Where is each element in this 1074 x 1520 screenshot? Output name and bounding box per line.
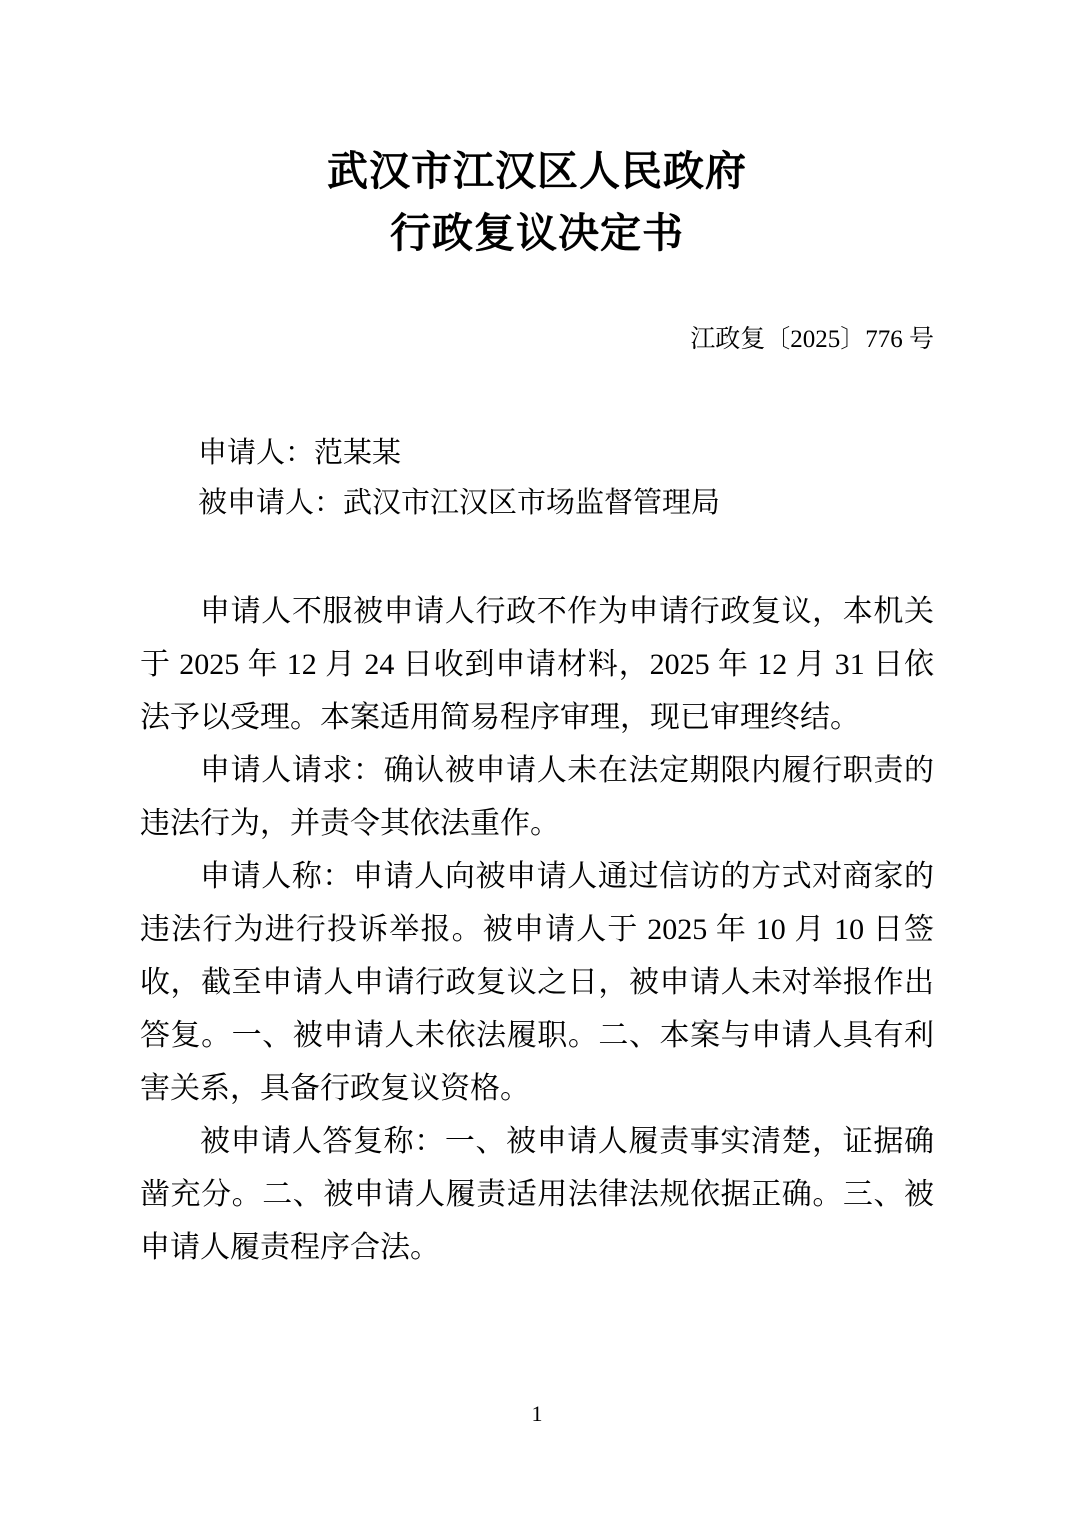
document-title-line1: 武汉市江汉区人民政府 [140,140,934,202]
page-number: 1 [0,1400,1074,1428]
document-page: 武汉市江汉区人民政府 行政复议决定书 江政复〔2025〕776 号 申请人：范某… [0,0,1074,1520]
respondent-line: 被申请人：武汉市江汉区市场监督管理局 [140,478,934,528]
document-title: 武汉市江汉区人民政府 行政复议决定书 [140,140,934,264]
document-body: 申请人不服被申请人行政不作为申请行政复议，本机关于 2025 年 12 月 24… [140,585,934,1274]
applicant-line: 申请人：范某某 [140,428,934,478]
document-content: 武汉市江汉区人民政府 行政复议决定书 江政复〔2025〕776 号 申请人：范某… [0,140,1074,1274]
parties-section: 申请人：范某某 被申请人：武汉市江汉区市场监督管理局 [140,428,934,528]
body-paragraph-acceptance: 申请人不服被申请人行政不作为申请行政复议，本机关于 2025 年 12 月 24… [140,585,934,744]
body-paragraph-applicant-statement: 申请人称：申请人向被申请人通过信访的方式对商家的违法行为进行投诉举报。被申请人于… [140,850,934,1115]
body-paragraph-request: 申请人请求：确认被申请人未在法定期限内履行职责的违法行为，并责令其依法重作。 [140,744,934,850]
document-number: 江政复〔2025〕776 号 [140,325,934,355]
document-title-line2: 行政复议决定书 [140,202,934,264]
body-paragraph-respondent-reply: 被申请人答复称：一、被申请人履责事实清楚，证据确凿充分。二、被申请人履责适用法律… [140,1115,934,1274]
